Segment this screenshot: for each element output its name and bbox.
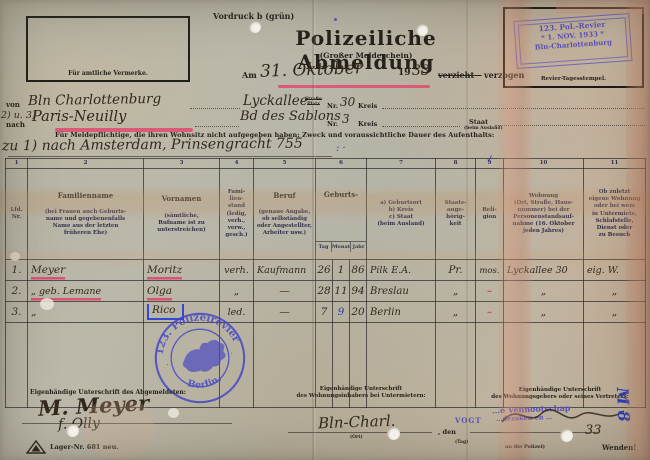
cell: „	[612, 306, 617, 318]
cell: 9	[338, 306, 345, 318]
col-num: 4	[220, 159, 254, 169]
col-num: 7	[367, 159, 436, 169]
cell: Pr.	[448, 264, 462, 276]
round-stamp-bottom-text: Berlin.	[184, 372, 224, 393]
nach-nr-handwritten: 3	[342, 112, 350, 126]
cell: mos.	[479, 266, 499, 276]
col-num: 8	[436, 159, 476, 169]
signature-line	[22, 423, 232, 424]
cell: verh.	[224, 265, 249, 276]
cell: 2.	[11, 285, 21, 297]
col-header-staatsangehoerigkeit: Staats- ange- hörig- keit	[436, 169, 476, 260]
revier-stamp-box: 123. Pol.-Revier * 1. NOV. 1933 * Bln-Ch…	[503, 7, 644, 88]
punch-hole	[249, 21, 261, 33]
year-handwritten: 33	[412, 63, 430, 79]
col-header-lfd: Lfd. Nr.	[6, 169, 28, 260]
registration-table: 1 2 3 4 5 6 7 8 9 10 11 Lfd. Nr. Familie…	[5, 158, 646, 408]
ort-handwritten: Bln-Charl.	[318, 412, 396, 433]
col-header-religion: Reli- gion	[476, 169, 504, 260]
col-header-geburtsort: a) Geburtsort b) Kreis c) Staat (beim Au…	[367, 169, 436, 260]
table-row: 2. „ geb. Lemane Olga „ — 28 11 94 Bresl…	[6, 281, 646, 302]
cell: „	[453, 285, 458, 297]
col-header-beruf: Beruf (genaue Angabe, ob selbständig ode…	[254, 169, 316, 260]
table-row: 1. Meyer Moritz verh. Kaufmann 26 1 86 P…	[6, 260, 646, 281]
nach-street-handwritten: Bd des Sablons	[240, 109, 341, 124]
cell: 1.	[11, 264, 21, 276]
header-sub: (bei Frauen auch Geburts- name und gegeb…	[28, 209, 143, 238]
cell: „	[453, 306, 458, 318]
table-row: 3. „ Rico led. — 7 9 20 Berlin „ – „ „	[6, 302, 646, 323]
stamp-star-right: ·	[230, 349, 234, 359]
ruled-line	[190, 107, 240, 109]
header-row: Lfd. Nr. Familienname (bei Frauen auch G…	[6, 169, 646, 260]
nr-label: Nr.	[327, 120, 338, 128]
cell: Berlin	[370, 307, 401, 318]
polizei-note: an die Polizei)	[505, 444, 545, 450]
cell: „	[234, 285, 239, 297]
lager-nr-label: Lager-Nr. 681 neu.	[50, 443, 119, 451]
den-label: , den	[438, 428, 456, 436]
ink-dot	[334, 18, 337, 21]
cell: eig. W.	[587, 265, 619, 276]
ruled-line	[382, 107, 644, 109]
page-subtitle: (Großer Meldeschein)	[235, 51, 497, 60]
signature-mid-caption: Eigenhändige Unterschrift des Wohnungsin…	[288, 386, 434, 400]
cell: Moritz	[147, 264, 182, 277]
cell: —	[279, 285, 290, 297]
cell: —	[279, 306, 290, 318]
cell: 7	[321, 306, 328, 318]
von-label: von	[6, 100, 20, 109]
header-title: Familienname	[28, 191, 143, 200]
cell: 1	[338, 264, 345, 276]
cell: 28	[317, 285, 330, 297]
kreis-label: Kreis	[358, 120, 377, 128]
paper-damage-spot	[168, 408, 179, 418]
fold-crease	[312, 0, 314, 460]
von-value-handwritten: Bln Charlottenburg	[28, 91, 161, 109]
col-num: 6	[316, 159, 367, 169]
col-header-ob-zuletzt: Ob zuletzt eigene Wohnung oder bei wem i…	[584, 169, 646, 260]
landlord-signature	[498, 398, 628, 432]
ruled-line	[382, 125, 460, 127]
cell: „	[541, 285, 546, 297]
col-header-familienname: Familienname (bei Frauen auch Geburts- n…	[28, 169, 144, 260]
header-title: Geburts-	[316, 190, 366, 199]
signature-line	[288, 432, 432, 433]
col-num: 3	[144, 159, 220, 169]
cell: Meyer	[31, 264, 65, 277]
cell: Olga	[147, 285, 172, 298]
official-notes-box: Für amtliche Vermerke.	[26, 16, 190, 82]
blue-checkmark: ✓	[485, 153, 495, 165]
blue-ink-marks: : ·	[336, 143, 346, 154]
cell: „	[31, 306, 36, 318]
col-header-vornamen: Vornamen (sämtliche, Rufname ist zu unte…	[144, 169, 220, 260]
punch-hole	[387, 427, 400, 440]
cell: „	[541, 306, 546, 318]
vogt-stamp-text: VOGT	[455, 416, 482, 425]
scanned-form-polizeiliche-abmeldung: Für amtliche Vermerke. Vordruck b (grün)…	[0, 0, 650, 460]
col-num: 2	[28, 159, 144, 169]
cell: 20	[351, 306, 364, 318]
subheader-tag: Tag	[316, 241, 331, 253]
staat-label: Staat	[469, 118, 488, 126]
cell: 26	[317, 264, 330, 276]
caption-line: des Wohnungsinhabers bei Untermietern:	[288, 393, 434, 400]
punch-hole	[66, 424, 79, 437]
stamp-caption: Revier-Tagesstempel.	[505, 76, 642, 82]
col-header-familienstand: Fami- lien- stand (ledig, verh., verw., …	[220, 169, 254, 260]
date-underline	[278, 85, 430, 88]
col-num: 11	[584, 159, 646, 169]
date-stamp: 123. Pol.-Revier * 1. NOV. 1933 * Bln-Ch…	[513, 13, 632, 69]
year-note-handwritten: 33	[585, 423, 602, 438]
von-street-handwritten: Lyckallee	[243, 93, 308, 109]
cell: –	[487, 285, 492, 297]
cell: 11	[334, 285, 347, 297]
cell: Kaufmann	[257, 265, 306, 276]
cell: Pilk E.A.	[370, 265, 411, 276]
col-num: 10	[504, 159, 584, 169]
geburt-subheaders: Tag Monat Jahr	[316, 241, 366, 253]
kreis-label: Kreis	[358, 102, 377, 110]
punch-hole	[560, 429, 573, 442]
paper-damage-spot	[40, 298, 54, 310]
ruled-line	[8, 156, 332, 157]
ruled-line	[495, 124, 645, 126]
verzieht-label-struck: verzieht	[438, 70, 474, 80]
cell: 94	[351, 285, 364, 297]
purpose-handwritten: zu 1) nach Amsterdam, Prinsengracht 755	[2, 136, 303, 155]
fold-crease	[466, 0, 468, 460]
subheader-jahr: Jahr	[350, 241, 366, 253]
col-num: 1	[6, 159, 28, 169]
von-nr-handwritten: 30	[340, 95, 355, 109]
nach-value-handwritten: Paris-Neuilly	[32, 109, 126, 125]
col-header-geburt: Geburts- Tag Monat Jahr	[316, 169, 367, 260]
eagle-emblem	[180, 338, 229, 375]
paper-damage-spot	[10, 252, 20, 261]
year-print: 19	[398, 68, 411, 78]
cell: Lyckallee 30	[507, 265, 568, 276]
column-number-row: 1 2 3 4 5 6 7 8 9 10 11	[6, 159, 646, 169]
cell: –	[487, 306, 492, 318]
cell: „ geb. Lemane	[31, 286, 101, 298]
ort-label: (Ort)	[350, 435, 363, 440]
header-sub: (sämtliche, Rufname ist zu unterstreiche…	[144, 213, 219, 234]
wenden-label: Wenden!	[602, 443, 636, 452]
dash-label: —	[474, 70, 482, 80]
punch-hole	[416, 24, 428, 36]
ruled-line	[195, 125, 239, 127]
cell: Breslau	[370, 286, 409, 297]
cell: „	[612, 285, 617, 297]
subheader-monat: Monat	[331, 241, 350, 253]
cell: 86	[351, 264, 364, 276]
caption-line: Eigenhändige Unterschrift	[288, 386, 434, 393]
cell: 3.	[11, 306, 21, 318]
stamp-star-left: ·	[165, 360, 169, 370]
date-prefix-label: Am	[242, 70, 257, 80]
signature-line	[470, 432, 598, 433]
header-title: Beruf	[254, 191, 315, 200]
official-notes-label: Für amtliche Vermerke.	[28, 70, 188, 77]
nach-label: nach	[6, 120, 25, 129]
svg-text:Berlin.: Berlin.	[184, 372, 224, 393]
printer-mark	[26, 440, 46, 454]
col-num: 5	[254, 159, 316, 169]
col-header-wohnung: Wohnung (Ort, Straße, Haus- nummer) bei …	[504, 169, 584, 260]
caption-line: Eigenhändige Unterschrift	[487, 387, 633, 394]
blue-margin-note: M 8	[613, 387, 634, 422]
police-revier-round-stamp: 123. Polizeirevier Berlin. · ·	[144, 302, 255, 413]
header-title: Vornamen	[144, 194, 219, 203]
header-sub: (genaue Angabe, ob selbständig oder Ange…	[254, 209, 315, 238]
form-variant-note: Vordruck b (grün)	[213, 11, 294, 21]
